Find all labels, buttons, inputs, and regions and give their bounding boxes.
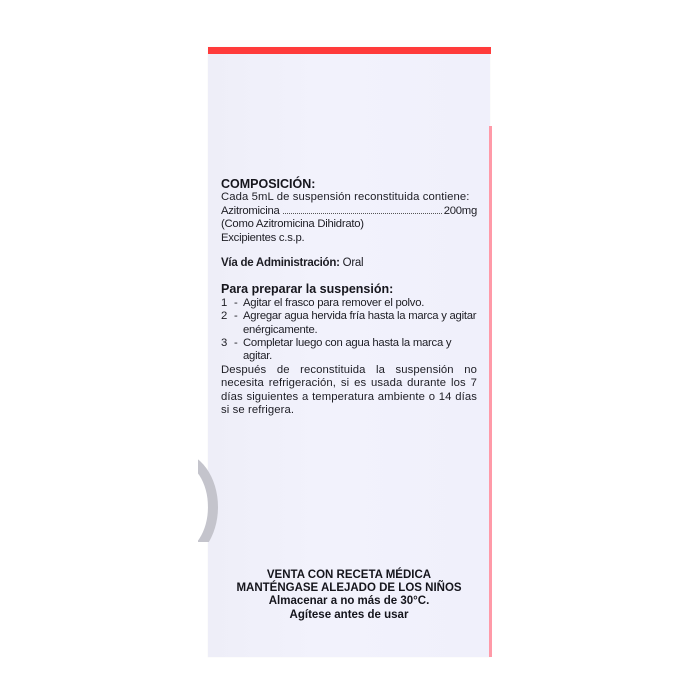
prescription-warning: VENTA CON RECETA MÉDICA bbox=[208, 569, 490, 582]
active-ingredient-name: Azitromicina bbox=[221, 205, 280, 218]
top-red-stripe bbox=[208, 47, 491, 54]
warnings-footer: VENTA CON RECETA MÉDICA MANTÉNGASE ALEJA… bbox=[208, 569, 490, 622]
composition-heading: COMPOSICIÓN: bbox=[221, 178, 477, 191]
medicine-box-side-panel: COMPOSICIÓN: Cada 5mL de suspensión reco… bbox=[208, 47, 490, 657]
preparation-step: 1- Agitar el frasco para remover el polv… bbox=[221, 297, 477, 310]
active-ingredient-row: Azitromicina 200mg bbox=[221, 205, 477, 218]
excipients-line: Excipientes c.s.p. bbox=[221, 232, 477, 245]
shake-instruction: Agítese antes de usar bbox=[208, 609, 490, 622]
administration-route: Vía de Administración: Oral bbox=[221, 257, 477, 270]
administration-label: Vía de Administración: bbox=[221, 257, 340, 269]
storage-temperature: Almacenar a no más de 30°C. bbox=[208, 595, 490, 608]
storage-note: Después de reconstituida la suspensión n… bbox=[221, 364, 477, 418]
preparation-steps: 1- Agitar el frasco para remover el polv… bbox=[221, 297, 477, 364]
preparation-step: 3- Completar luego con agua hasta la mar… bbox=[221, 337, 477, 364]
children-warning: MANTÉNGASE ALEJADO DE LOS NIÑOS bbox=[208, 582, 490, 595]
active-ingredient-note: (Como Azitromicina Dihidrato) bbox=[221, 218, 477, 231]
active-ingredient-amount: 200mg bbox=[444, 205, 477, 218]
decorative-gray-arc bbox=[198, 452, 228, 542]
label-content: COMPOSICIÓN: Cada 5mL de suspensión reco… bbox=[221, 178, 477, 418]
composition-intro: Cada 5mL de suspensión reconstituida con… bbox=[221, 191, 477, 204]
dotted-leader bbox=[283, 212, 442, 214]
preparation-heading: Para preparar la suspensión: bbox=[221, 283, 477, 296]
preparation-step: 2- Agregar agua hervida fría hasta la ma… bbox=[221, 310, 477, 337]
administration-value: Oral bbox=[340, 257, 364, 269]
